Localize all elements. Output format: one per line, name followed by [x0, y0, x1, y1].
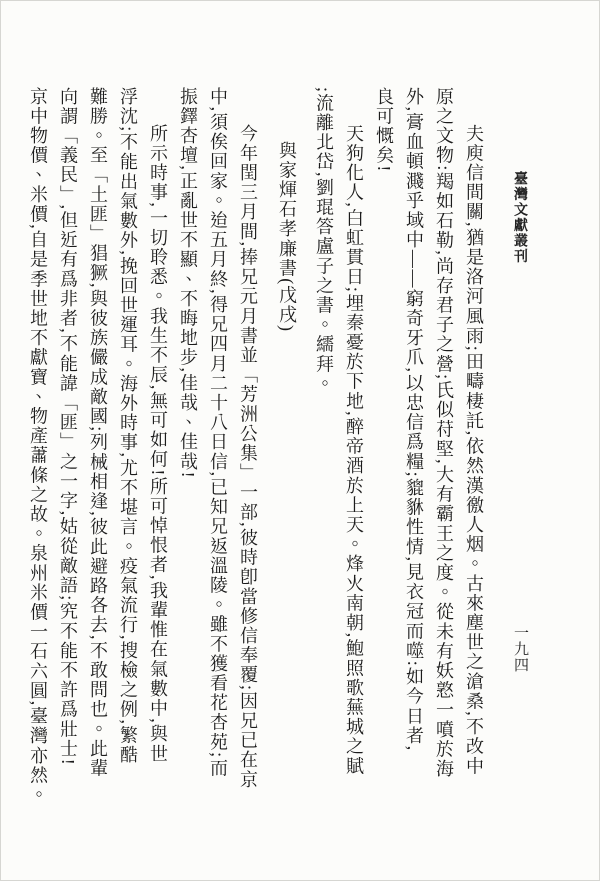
text-column: 良可慨矣! [369, 87, 399, 843]
text-column: 難勝。至「土匪」猖獗,與彼族儼成敵國;列械相逢,彼此避路各去,不敢問也。此輩 [83, 87, 113, 843]
text-column: 京中物價、米價,自是季世地不獻寶、物產蕭條之故。泉州米價一石六圓,臺灣亦然。 [23, 87, 53, 843]
text-column: 所示時事,一切聆悉。我生不辰,無可如何!所可悼恨者,我輩惟在氣數中,與世 [143, 87, 173, 843]
letter-text-block: 夫庾信間關,猶是洛河風雨;田疇棲託,依然漢徼人烟。古來塵世之滄桑,不改中 原之文… [31, 87, 489, 843]
text-column: 中,須俟回家。迨五月終,得兄四月二十八日信,已知兄返溫陵。雖不獲看花杏苑;而 [203, 87, 233, 843]
text-column: 今年閏三月間,捧兄元月書並「芳洲公集」一部,彼時卽當修信奉覆;因兄已在京 [233, 87, 263, 843]
text-column: ;流離北岱,劉琨答盧子之書。繻拜。 [309, 87, 339, 843]
text-column: 夫庾信間關,猶是洛河風雨;田疇棲託,依然漢徼人烟。古來塵世之滄桑,不改中 [459, 87, 489, 843]
letter-heading: 與家煇石孝廉書(戊戌) [272, 87, 302, 843]
book-page: 臺灣文獻叢刊 一九四 夫庾信間關,猶是洛河風雨;田疇棲託,依然漢徼人烟。古來塵世… [0, 0, 600, 881]
text-column: 浮沈;不能出氣數外,挽回世運耳。海外時事,尤不堪言。疫氣流行,搜檢之例,繁酷 [113, 87, 143, 843]
book-series-title: 臺灣文獻叢刊 [509, 171, 529, 264]
text-column: 向謂「義民」,但近有爲非者,不能諱「匪」之一字,姑從敵語;究不能不許爲壯士! [53, 87, 83, 843]
text-column: 天狗化人,白虹貫日;埋秦憂於下地,醉帝酒於上天。烽火南朝,鮑照歌蕪城之賦 [339, 87, 369, 843]
page-number: 一九四 [510, 625, 531, 673]
text-column: 原之文物:羯如石勒,尚存君子之營;氏似苻堅,大有霸王之度。從未有妖憝一噴於海 [429, 87, 459, 843]
text-column: 外,膏血頓濺乎域中——窮奇牙爪,以忠信爲糧;貔貅性情,見衣冠而噬:如今日者, [399, 87, 429, 843]
text-column: 振鐸杏壇,正亂世不顯、不晦地步,佳哉、佳哉! [173, 87, 203, 843]
